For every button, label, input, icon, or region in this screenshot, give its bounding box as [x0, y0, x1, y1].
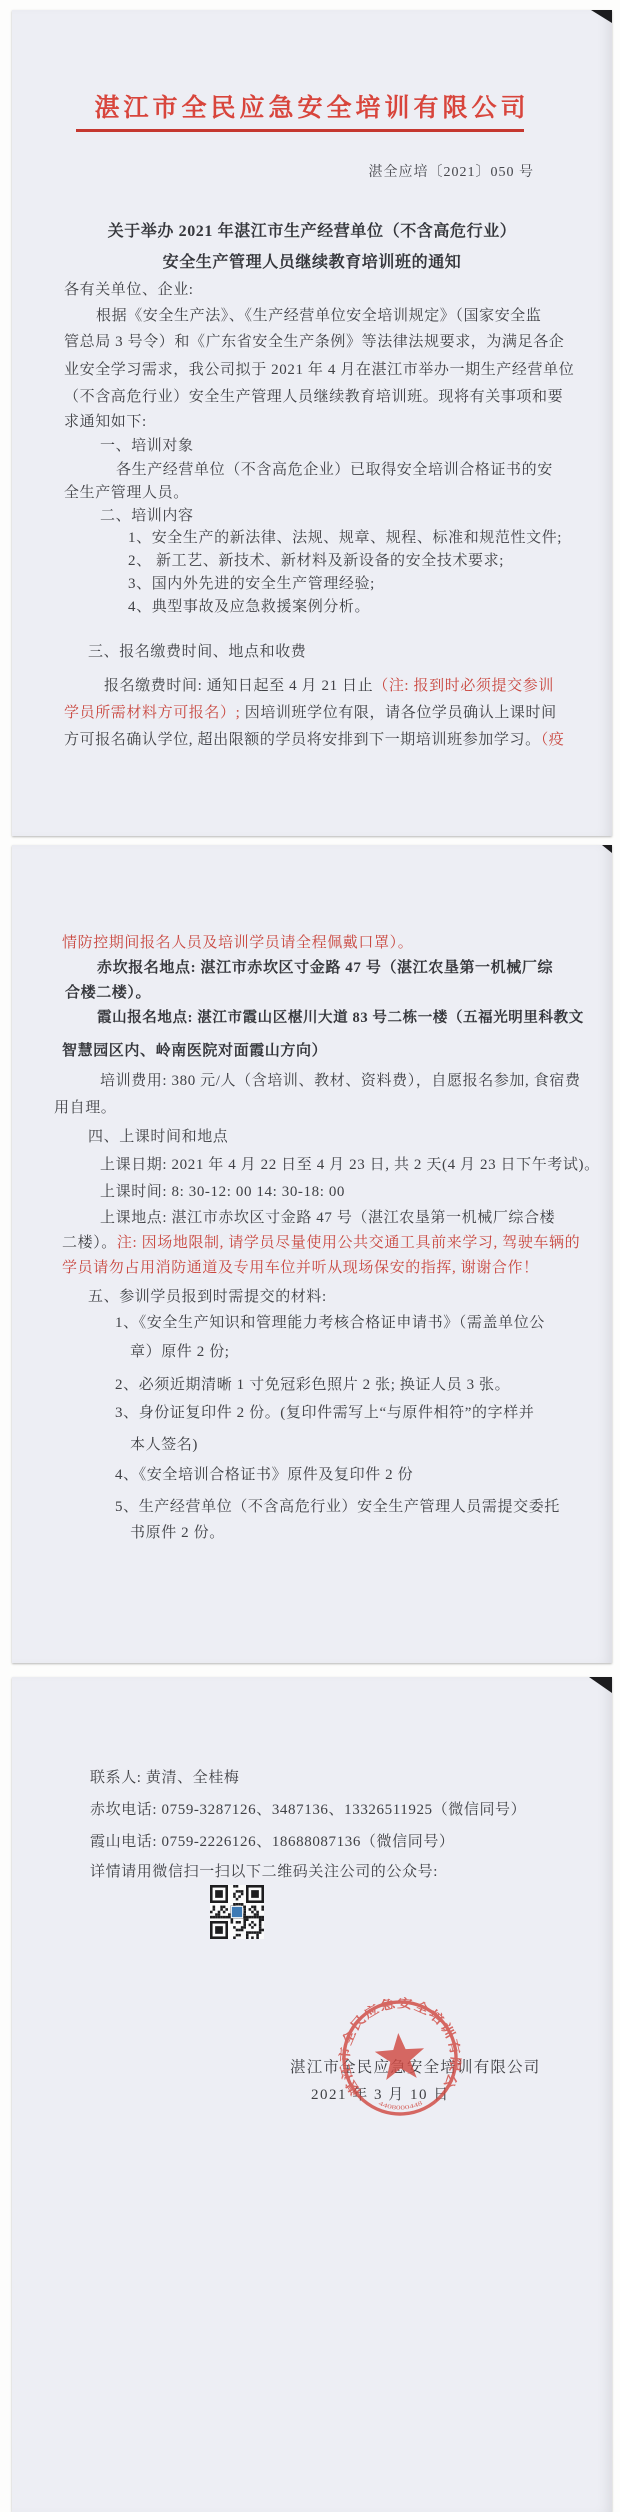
doc-line: 2、 新工艺、新技术、新材料及新设备的安全技术要求; [128, 551, 504, 571]
doc-line: 上课地点: 湛江市赤坎区寸金路 47 号（湛江农垦第一机械厂综合楼 [100, 1208, 555, 1228]
body-text: 管总局 3 号令）和《广东省安全生产条例》等法律法规要求，为满足各企 [64, 334, 564, 350]
qr-center-logo [232, 1907, 242, 1917]
doc-line: 详情请用微信扫一扫以下二维码关注公司的公众号: [90, 1862, 438, 1882]
body-text: 上课日期: 2021 年 4 月 22 日至 4 月 23 日, 共 2 天(4… [100, 1157, 600, 1173]
doc-line: 赤坎电话: 0759-3287126、3487136、13326511925（微… [90, 1800, 526, 1820]
doc-line: 章）原件 2 份; [130, 1342, 230, 1362]
scan-corner-mark [589, 1677, 612, 1693]
body-text: 2、 新工艺、新技术、新材料及新设备的安全技术要求; [128, 553, 504, 569]
body-text: 书原件 2 份。 [130, 1525, 225, 1541]
body-text: （不含高危行业）安全生产管理人员继续教育培训班。现将有关事项和要 [64, 389, 563, 405]
doc-line: 培训费用: 380 元/人（含培训、教材、资料费），自愿报名参加, 食宿费 [100, 1071, 581, 1091]
doc-line: 五、参训学员报到时需提交的材料: [88, 1287, 327, 1307]
doc-line: 4、典型事故及应急救援案例分析。 [128, 597, 370, 617]
doc-line: 学员所需材料方可报名）; 因培训班学位有限，请各位学员确认上课时间 [64, 703, 557, 723]
doc-line: 联系人: 黄清、全桂梅 [90, 1768, 240, 1788]
official-red-stamp: 湛江市全民应急安全培训有限公司 4408000448 [331, 1989, 470, 2128]
doc-line: 1、《安全生产知识和管理能力考核合格证申请书》（需盖单位公 [115, 1313, 545, 1333]
red-note-text: 学员所需材料方可报名）; [64, 705, 245, 721]
doc-line: 赤坎报名地点: 湛江市赤坎区寸金路 47 号（湛江农垦第一机械厂综 [97, 958, 553, 978]
letterhead-company-title: 湛江市全民应急安全培训有限公司 [12, 88, 612, 124]
page-1: 湛江市全民应急安全培训有限公司 湛全应培〔2021〕050 号 关于举办 202… [12, 10, 612, 836]
body-text: 业安全学习需求，我公司拟于 2021 年 4 月在湛江市举办一期生产经营单位 [64, 362, 574, 378]
body-text: 一、培训对象 [100, 438, 194, 454]
doc-line: 根据《安全生产法》、《生产经营单位安全培训规定》（国家安全监 [96, 306, 542, 326]
page-2: 情防控期间报名人员及培训学员请全程佩戴口罩）。赤坎报名地点: 湛江市赤坎区寸金路… [12, 845, 612, 1663]
body-text: 二楼）。 [62, 1235, 117, 1251]
doc-line: 2、必须近期清晰 1 寸免冠彩色照片 2 张; 换证人员 3 张。 [115, 1375, 510, 1395]
doc-line: 智慧园区内、岭南医院对面霞山方向） [62, 1041, 327, 1061]
body-text: 用自理。 [54, 1100, 116, 1116]
body-text: 上课地点: 湛江市赤坎区寸金路 47 号（湛江农垦第一机械厂综合楼 [100, 1210, 555, 1226]
body-text: 二、培训内容 [100, 508, 194, 524]
body-text: 5、生产经营单位（不含高危行业）安全生产管理人员需提交委托 [115, 1499, 560, 1515]
scan-corner-mark [591, 10, 612, 23]
body-text: 章）原件 2 份; [130, 1344, 230, 1360]
doc-line: 合楼二楼）。 [65, 983, 151, 1003]
doc-line: 业安全学习需求，我公司拟于 2021 年 4 月在湛江市举办一期生产经营单位 [64, 360, 574, 380]
doc-line: 全生产管理人员。 [64, 483, 189, 503]
doc-line: 霞山报名地点: 湛江市霞山区椹川大道 83 号二栋一楼（五福光明里科教文 [97, 1008, 584, 1028]
doc-line: 求通知如下: [64, 412, 147, 432]
body-text: 关于举办 2021 年湛江市生产经营单位（不含高危行业） [108, 223, 517, 240]
body-text: 方可报名确认学位, 超出限额的学员将安排到下一期培训班参加学习。 [64, 732, 541, 748]
letterhead-rule [76, 129, 524, 132]
doc-line: 关于举办 2021 年湛江市生产经营单位（不含高危行业） [12, 222, 612, 242]
doc-line: 情防控期间报名人员及培训学员请全程佩戴口罩）。 [62, 933, 413, 953]
body-text: 赤坎报名地点: 湛江市赤坎区寸金路 47 号（湛江农垦第一机械厂综 [97, 960, 553, 976]
doc-line: （不含高危行业）安全生产管理人员继续教育培训班。现将有关事项和要 [64, 387, 563, 407]
doc-line: 上课时间: 8: 30-12: 00 14: 30-18: 00 [100, 1182, 345, 1202]
body-text: 霞山报名地点: 湛江市霞山区椹川大道 83 号二栋一楼（五福光明里科教文 [97, 1010, 584, 1026]
body-text: 合楼二楼）。 [65, 985, 151, 1001]
doc-line: 4、《安全培训合格证书》原件及复印件 2 份 [115, 1465, 413, 1485]
doc-line: 安全生产管理人员继续教育培训班的通知 [12, 253, 612, 273]
doc-line: 一、培训对象 [100, 436, 194, 456]
body-text: 4、典型事故及应急救援案例分析。 [128, 599, 370, 615]
doc-line: 3、国内外先进的安全生产管理经验; [128, 574, 375, 594]
body-text: 全生产管理人员。 [64, 485, 189, 501]
red-note-text: 学员请勿占用消防通道及专用车位并听从现场保安的指挥, 谢谢合作！ [62, 1260, 539, 1276]
doc-line: 上课日期: 2021 年 4 月 22 日至 4 月 23 日, 共 2 天(4… [100, 1155, 600, 1175]
red-note-text: 注: 因场地限制, 请学员尽量使用公共交通工具前来学习, 驾驶车辆的 [117, 1235, 580, 1251]
body-text: 三、报名缴费时间、地点和收费 [88, 644, 306, 660]
document-number: 湛全应培〔2021〕050 号 [369, 161, 535, 181]
doc-line: 书原件 2 份。 [130, 1523, 225, 1543]
body-text: 4、《安全培训合格证书》原件及复印件 2 份 [115, 1467, 413, 1483]
scan-corner-mark [602, 845, 612, 853]
body-text: 1、《安全生产知识和管理能力考核合格证申请书》（需盖单位公 [115, 1315, 545, 1331]
body-text: 五、参训学员报到时需提交的材料: [88, 1289, 327, 1305]
red-note-text: （注: 报到时必须提交参训 [373, 678, 554, 694]
body-text: 根据《安全生产法》、《生产经营单位安全培训规定》（国家安全监 [96, 308, 542, 324]
doc-line: 本人签名) [130, 1435, 198, 1455]
body-text: 详情请用微信扫一扫以下二维码关注公司的公众号: [90, 1864, 438, 1880]
doc-line: 5、生产经营单位（不含高危行业）安全生产管理人员需提交委托 [115, 1497, 560, 1517]
body-text: 安全生产管理人员继续教育培训班的通知 [163, 254, 462, 271]
body-text: 1、安全生产的新法律、法规、规章、规程、标准和规范性文件; [128, 530, 562, 546]
wechat-qr-code [210, 1883, 264, 1941]
doc-line: 各有关单位、企业: [64, 280, 194, 300]
doc-line: 二楼）。注: 因场地限制, 请学员尽量使用公共交通工具前来学习, 驾驶车辆的 [62, 1233, 580, 1253]
body-text: 2、必须近期清晰 1 寸免冠彩色照片 2 张; 换证人员 3 张。 [115, 1377, 510, 1393]
stamp-star-icon [374, 2031, 426, 2080]
scanned-document: 湛江市全民应急安全培训有限公司 湛全应培〔2021〕050 号 关于举办 202… [0, 0, 620, 2512]
doc-line: 学员请勿占用消防通道及专用车位并听从现场保安的指挥, 谢谢合作！ [62, 1258, 539, 1278]
doc-line: 霞山电话: 0759-2226126、18688087136（微信同号） [90, 1832, 455, 1852]
body-text: 培训费用: 380 元/人（含培训、教材、资料费），自愿报名参加, 食宿费 [100, 1073, 581, 1089]
body-text: 上课时间: 8: 30-12: 00 14: 30-18: 00 [100, 1184, 345, 1200]
body-text: 各有关单位、企业: [64, 282, 194, 298]
page-3: 湛江市全民应急安全培训有限公司 2021 年 3 月 10 日 湛江市全民应急安… [12, 1677, 612, 2512]
body-text: 智慧园区内、岭南医院对面霞山方向） [62, 1043, 327, 1059]
body-text: 联系人: 黄清、全桂梅 [90, 1770, 240, 1786]
body-text: 赤坎电话: 0759-3287126、3487136、13326511925（微… [90, 1802, 526, 1818]
doc-line: 用自理。 [54, 1098, 116, 1118]
body-text: 求通知如下: [64, 414, 147, 430]
doc-line: 二、培训内容 [100, 506, 194, 526]
body-text: 3、身份证复印件 2 份。(复印件需写上“与原件相符”的字样并 [115, 1405, 534, 1421]
red-note-text: 情防控期间报名人员及培训学员请全程佩戴口罩）。 [62, 935, 413, 951]
body-text: 因培训班学位有限，请各位学员确认上课时间 [245, 705, 557, 721]
doc-line: 报名缴费时间: 通知日起至 4 月 21 日止（注: 报到时必须提交参训 [104, 676, 554, 696]
doc-line: 方可报名确认学位, 超出限额的学员将安排到下一期培训班参加学习。（疫 [64, 730, 564, 750]
doc-line: 管总局 3 号令）和《广东省安全生产条例》等法律法规要求，为满足各企 [64, 332, 564, 352]
doc-line: 三、报名缴费时间、地点和收费 [88, 642, 306, 662]
doc-line: 3、身份证复印件 2 份。(复印件需写上“与原件相符”的字样并 [115, 1403, 534, 1423]
doc-line: 各生产经营单位（不含高危企业）已取得安全培训合格证书的安 [116, 460, 553, 480]
body-text: 霞山电话: 0759-2226126、18688087136（微信同号） [90, 1834, 455, 1850]
body-text: 本人签名) [130, 1437, 198, 1453]
doc-line: 1、安全生产的新法律、法规、规章、规程、标准和规范性文件; [128, 528, 562, 548]
red-note-text: （疫 [541, 732, 565, 748]
body-text: 3、国内外先进的安全生产管理经验; [128, 576, 375, 592]
body-text: 四、上课时间和地点 [88, 1129, 228, 1145]
doc-line: 四、上课时间和地点 [88, 1127, 228, 1147]
body-text: 报名缴费时间: 通知日起至 4 月 21 日止 [104, 678, 373, 694]
body-text: 各生产经营单位（不含高危企业）已取得安全培训合格证书的安 [116, 462, 553, 478]
